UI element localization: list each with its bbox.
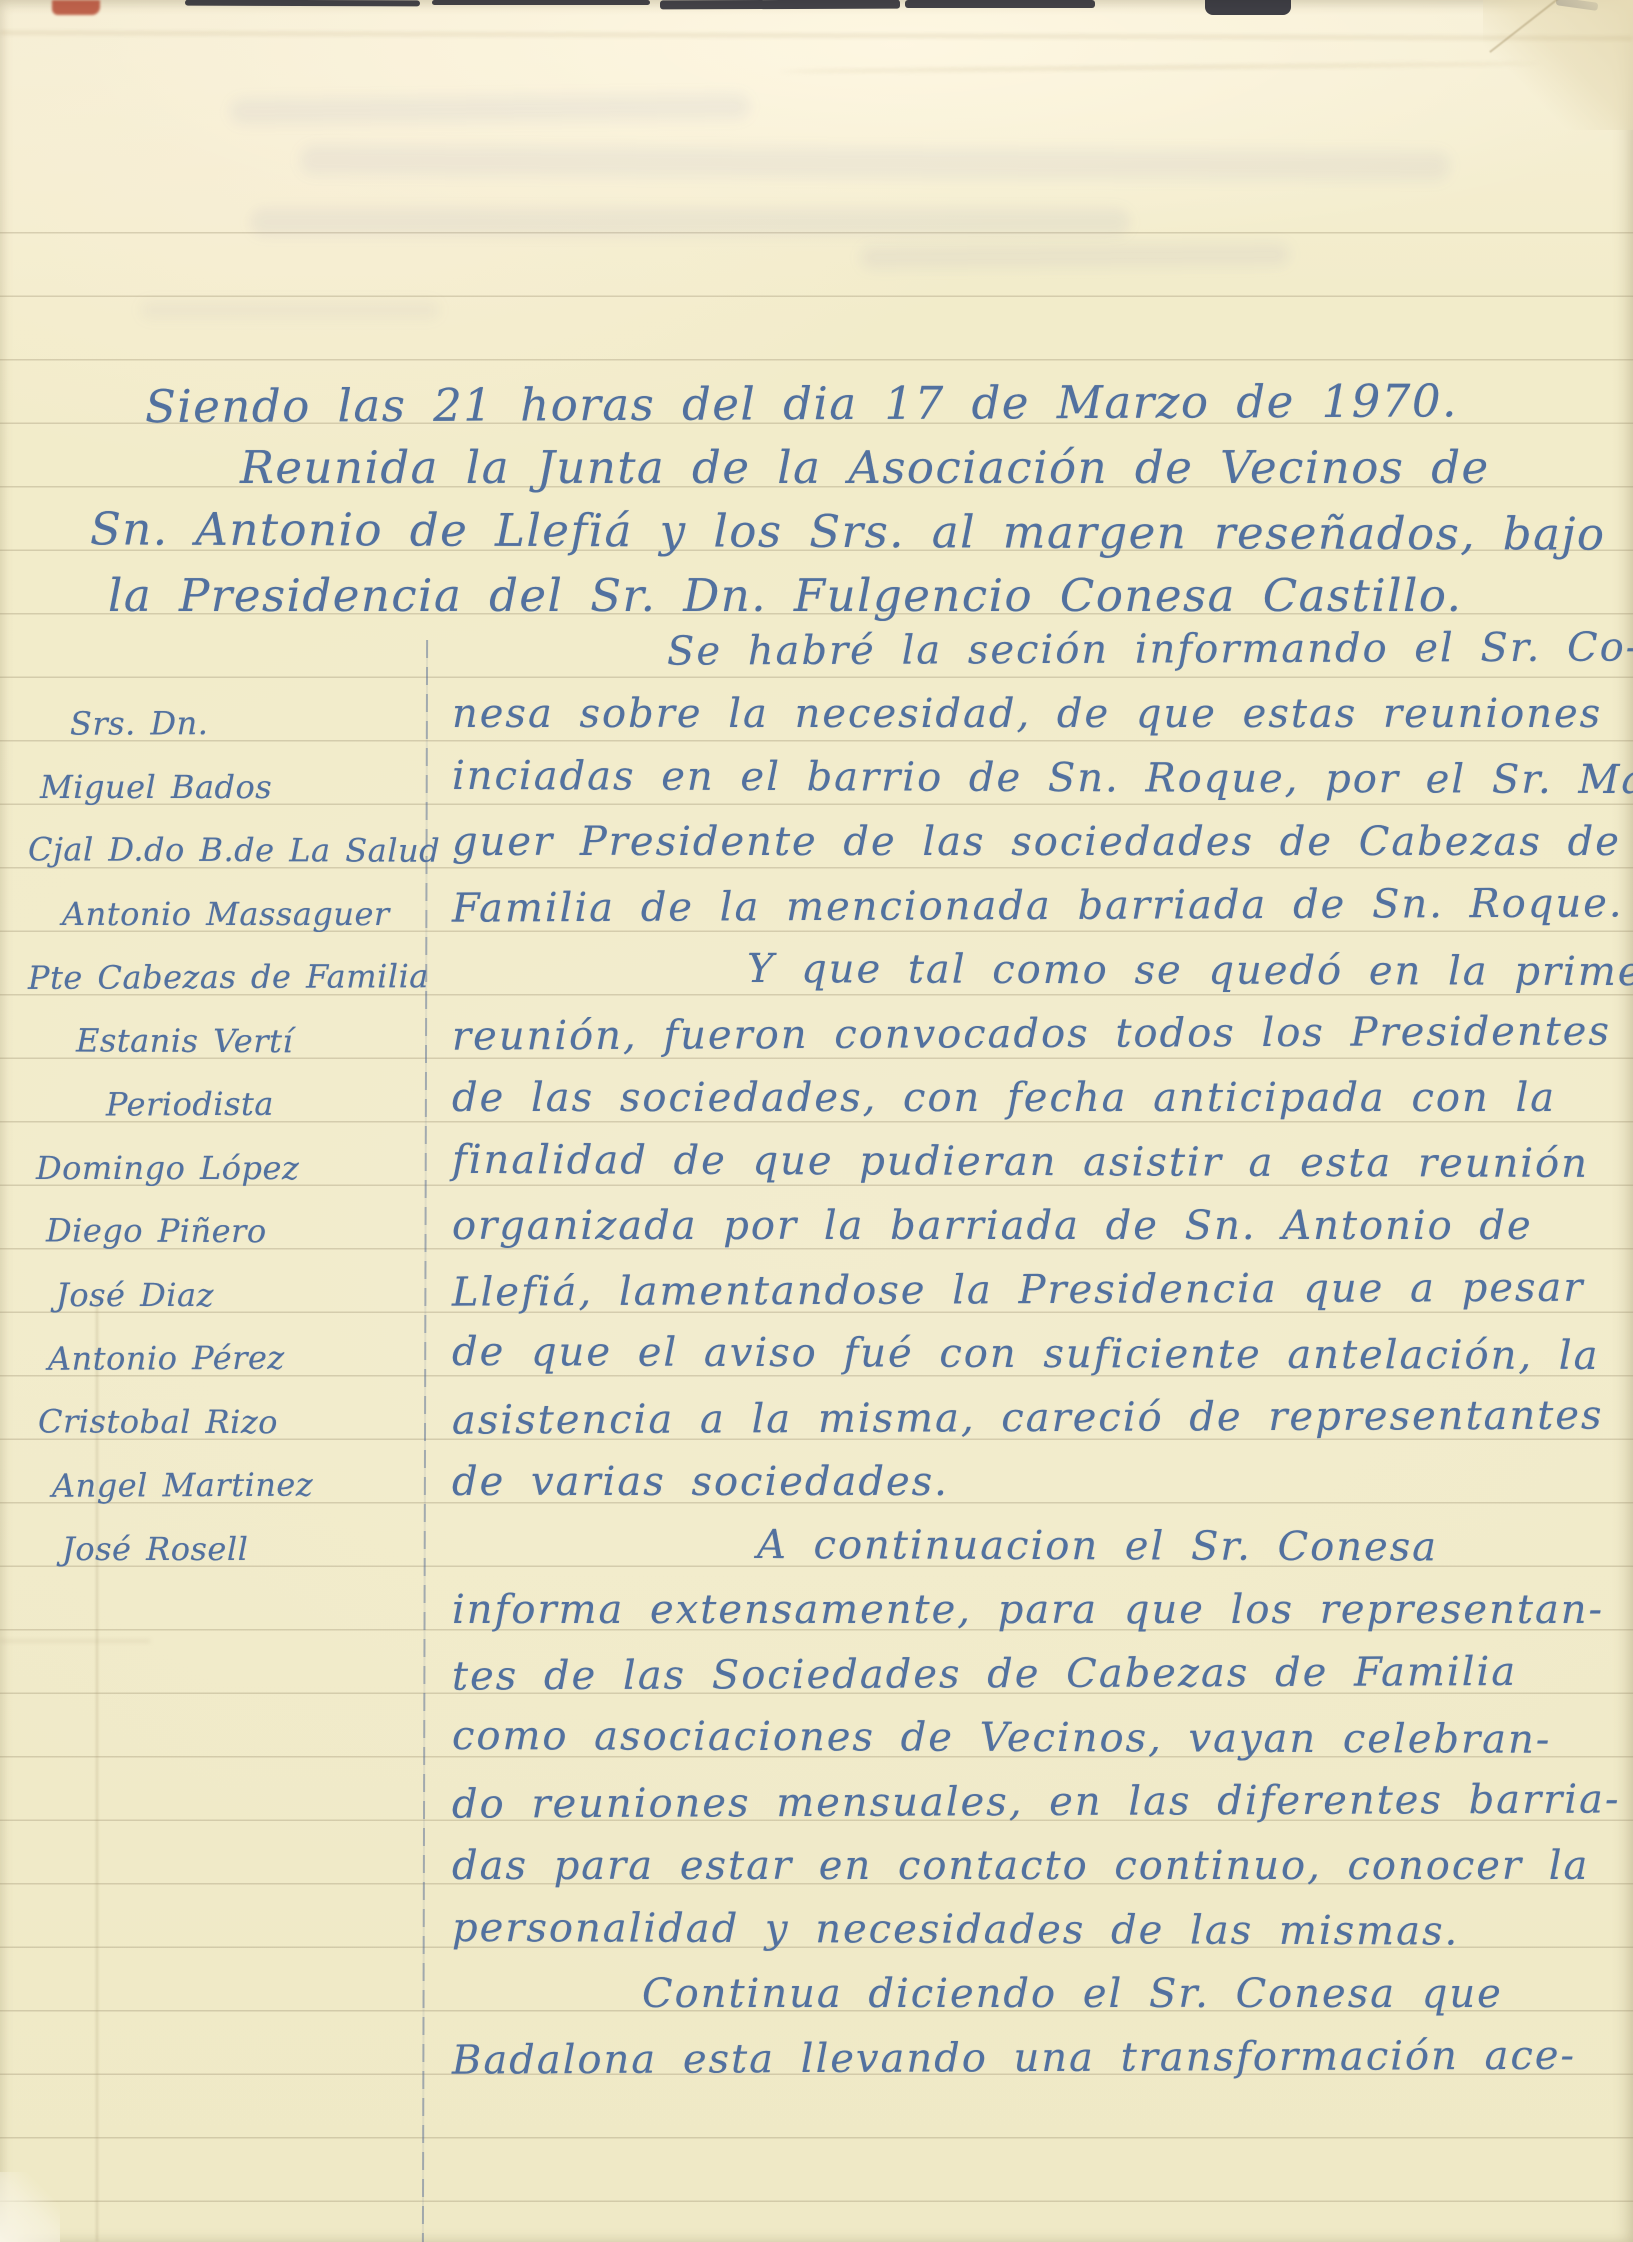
- minutes-body-text: Se habré la seción informando el Sr. Co-…: [452, 618, 1632, 2090]
- bleed-through-stain: [300, 145, 1450, 181]
- torn-edge-fragment: [905, 0, 1095, 8]
- bleed-through-stain: [140, 300, 440, 320]
- handwritten-line: Siendo las 21 horas del dia 17 de Marzo …: [90, 369, 1610, 440]
- attendee-name: Cristobal Rizo: [28, 1390, 426, 1455]
- handwritten-line: personalidad y necesidades de las mismas…: [452, 1896, 1632, 1964]
- handwritten-line: de varias sociedades.: [452, 1450, 1632, 1514]
- handwritten-line: Badalona esta llevando una transformació…: [452, 2023, 1632, 2092]
- handwritten-line: Continua diciendo el Sr. Conesa que: [452, 1962, 1632, 2026]
- handwritten-line: como asociaciones de Vecinos, vayan cele…: [452, 1704, 1632, 1772]
- torn-edge-fragment: [1205, 0, 1291, 15]
- bleed-through-stain: [230, 93, 750, 124]
- handwritten-line: nesa sobre la necesidad, de que estas re…: [452, 682, 1632, 746]
- attendee-name: Miguel Bados: [28, 756, 426, 820]
- handwritten-line: Sn. Antonio de Llefiá y los Srs. al marg…: [90, 497, 1610, 566]
- handwritten-line: do reuniones mensuales, en las diferente…: [452, 1767, 1632, 1836]
- torn-edge-fragment: [432, 0, 650, 5]
- handwritten-line: organizada por la barriada de Sn. Antoni…: [452, 1194, 1632, 1258]
- handwritten-line: Se habré la seción informando el Sr. Co-: [452, 615, 1632, 684]
- handwritten-line: Llefiá, lamentandose la Presidencia que …: [452, 1255, 1632, 1324]
- handwritten-line: tes de las Sociedades de Cabezas de Fami…: [452, 1639, 1632, 1708]
- handwritten-line: guer Presidente de las sociedades de Cab…: [452, 810, 1632, 874]
- attendee-name: Angel Martinez: [28, 1453, 426, 1518]
- handwritten-line: Familia de la mencionada barriada de Sn.…: [452, 871, 1632, 940]
- handwritten-line: de que el aviso fué con suficiente antel…: [452, 1320, 1632, 1388]
- attendee-name: José Rosell: [28, 1518, 426, 1582]
- handwritten-line: de las sociedades, con fecha anticipada …: [452, 1066, 1632, 1130]
- attendee-name: Diego Piñero: [28, 1199, 426, 1264]
- handwritten-line: asistencia a la misma, careció de repres…: [452, 1383, 1632, 1452]
- handwritten-line: finalidad de que pudieran asistir a esta…: [452, 1128, 1632, 1196]
- attendee-name: Domingo López: [28, 1137, 426, 1201]
- red-ink-smudge: [52, 0, 100, 15]
- attendee-name: Cjal D.do B.de La Salud: [28, 818, 426, 883]
- handwritten-line: informa extensamente, para que los repre…: [452, 1578, 1632, 1642]
- paper-wrinkle: [0, 31, 1633, 40]
- bleed-through-stain: [250, 208, 1130, 236]
- attendee-name: Srs. Dn.: [28, 691, 426, 756]
- handwritten-line: reunión, fueron convocados todos los Pre…: [452, 999, 1632, 1068]
- torn-edge-fragment: [185, 0, 420, 6]
- attendee-name: Antonio Pérez: [28, 1326, 426, 1391]
- bleed-through-stain: [860, 242, 1290, 269]
- attendee-name: Periodista: [28, 1072, 426, 1137]
- handwritten-line: A continuacion el Sr. Conesa: [452, 1512, 1632, 1580]
- bottom-left-corner-backing: [0, 2172, 60, 2242]
- attendee-name: Estanis Vertí: [28, 1009, 426, 1074]
- opening-paragraph: Siendo las 21 horas del dia 17 de Marzo …: [90, 372, 1610, 628]
- attendee-name: José Diaz: [28, 1264, 426, 1328]
- attendee-margin-list: Srs. Dn.Miguel BadosCjal D.do B.de La Sa…: [28, 692, 426, 1581]
- attendee-name: Pte Cabezas de Familia: [28, 945, 426, 1010]
- handwritten-document-page: Siendo las 21 horas del dia 17 de Marzo …: [0, 0, 1633, 2242]
- top-right-corner-shading: [1483, 0, 1633, 130]
- handwritten-line: das para estar en contacto continuo, con…: [452, 1834, 1632, 1898]
- handwritten-line: Y que tal como se quedó en la primera: [452, 936, 1632, 1004]
- attendee-name: Antonio Massaguer: [28, 883, 426, 947]
- handwritten-line: Reunida la Junta de la Asociación de Vec…: [90, 436, 1610, 500]
- handwritten-line: inciadas en el barrio de Sn. Roque, por …: [452, 744, 1632, 812]
- paper-crease-horizontal: [0, 1640, 150, 1642]
- paper-wrinkle: [780, 62, 1540, 73]
- torn-edge-fragment: [660, 0, 900, 9]
